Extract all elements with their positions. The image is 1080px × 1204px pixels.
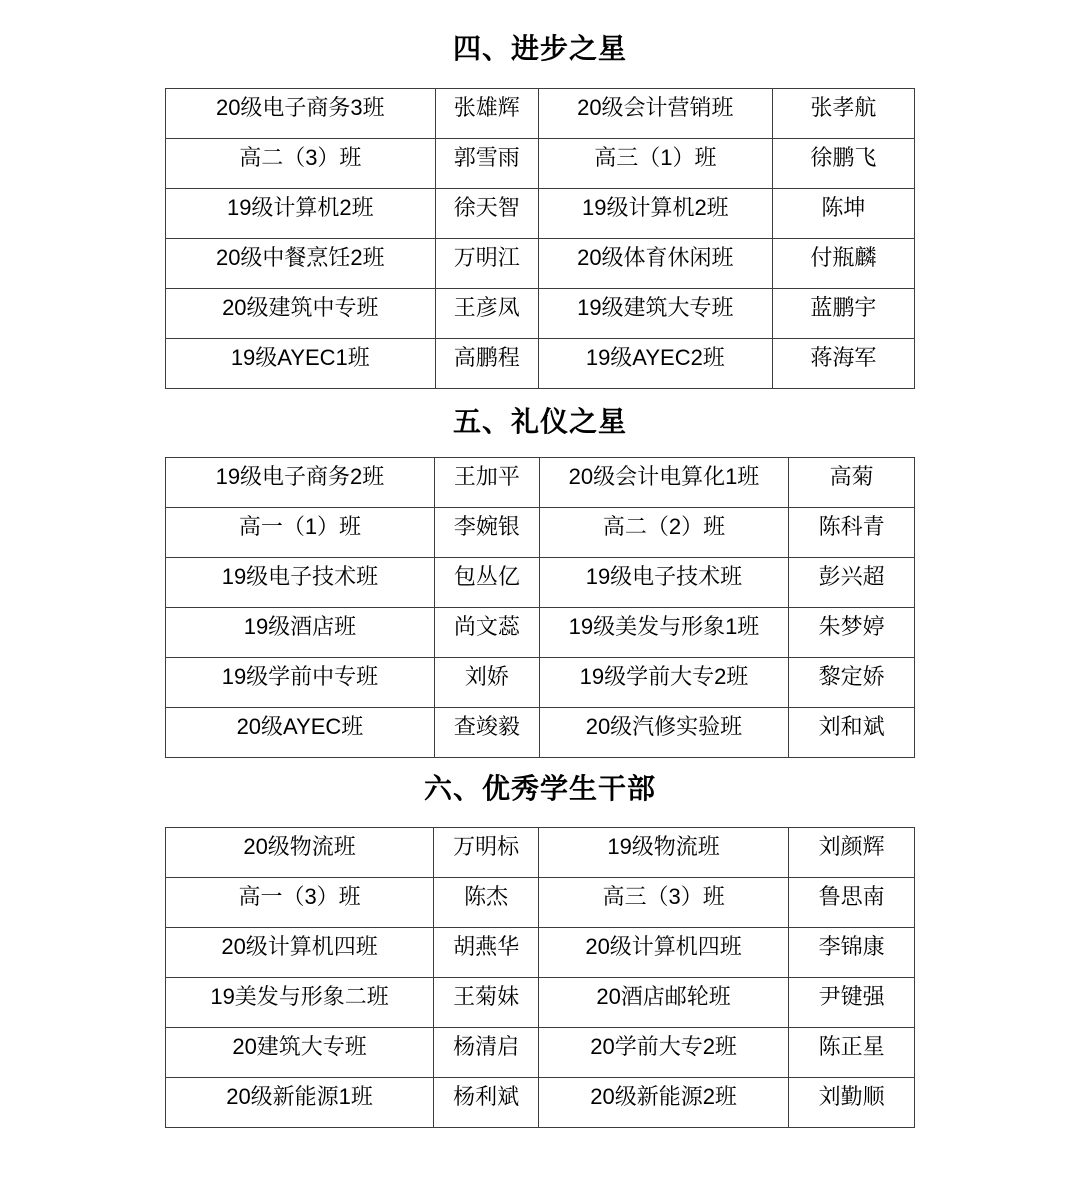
table-row: 20级AYEC班 查竣毅 20级汽修实验班 刘和斌: [166, 708, 915, 758]
student-name-cell: 蒋海军: [772, 339, 914, 389]
class-cell: 20级电子商务3班: [166, 89, 436, 139]
class-cell: 高一（3）班: [166, 878, 434, 928]
class-cell: 19级计算机2班: [166, 189, 436, 239]
class-cell: 19级电子技术班: [166, 558, 435, 608]
class-cell: 20级AYEC班: [166, 708, 435, 758]
table-row: 20级计算机四班 胡燕华 20级计算机四班 李锦康: [166, 928, 915, 978]
section-title-progress-star: 四、进步之星: [0, 30, 1080, 68]
student-name-cell: 王加平: [434, 458, 539, 508]
section-outstanding-cadres: 六、优秀学生干部 20级物流班 万明标 19级物流班 刘颜辉 高一（3）班 陈杰…: [0, 770, 1080, 1128]
class-cell: 19级计算机2班: [538, 189, 772, 239]
student-name-cell: 尚文蕊: [434, 608, 539, 658]
class-cell: 20学前大专2班: [539, 1028, 789, 1078]
student-name-cell: 徐鹏飞: [772, 139, 914, 189]
class-cell: 19级学前大专2班: [539, 658, 788, 708]
class-cell: 19级电子技术班: [539, 558, 788, 608]
table-row: 20级建筑中专班 王彦凤 19级建筑大专班 蓝鹏宇: [166, 289, 915, 339]
table-row: 20级电子商务3班 张雄辉 20级会计营销班 张孝航: [166, 89, 915, 139]
student-name-cell: 刘颜辉: [789, 828, 915, 878]
class-cell: 20级计算机四班: [539, 928, 789, 978]
class-cell: 20级中餐烹饪2班: [166, 239, 436, 289]
class-cell: 20级计算机四班: [166, 928, 434, 978]
student-name-cell: 王彦凤: [435, 289, 538, 339]
student-name-cell: 杨利斌: [434, 1078, 539, 1128]
table-row: 高一（1）班 李婉银 高二（2）班 陈科青: [166, 508, 915, 558]
table-row: 19级计算机2班 徐天智 19级计算机2班 陈坤: [166, 189, 915, 239]
student-name-cell: 徐天智: [435, 189, 538, 239]
student-name-cell: 尹键强: [789, 978, 915, 1028]
student-name-cell: 万明江: [435, 239, 538, 289]
class-cell: 19级建筑大专班: [538, 289, 772, 339]
class-cell: 20级建筑中专班: [166, 289, 436, 339]
student-name-cell: 李锦康: [789, 928, 915, 978]
class-cell: 高二（3）班: [166, 139, 436, 189]
class-cell: 高一（1）班: [166, 508, 435, 558]
class-cell: 19级学前中专班: [166, 658, 435, 708]
class-cell: 高三（3）班: [539, 878, 789, 928]
table-row: 19美发与形象二班 王菊妹 20酒店邮轮班 尹键强: [166, 978, 915, 1028]
table-row: 20级中餐烹饪2班 万明江 20级体育休闲班 付瓶麟: [166, 239, 915, 289]
student-name-cell: 付瓶麟: [772, 239, 914, 289]
class-cell: 19级AYEC1班: [166, 339, 436, 389]
table-row: 20级新能源1班 杨利斌 20级新能源2班 刘勤顺: [166, 1078, 915, 1128]
etiquette-star-table: 19级电子商务2班 王加平 20级会计电算化1班 高菊 高一（1）班 李婉银 高…: [165, 457, 915, 758]
table-row: 高二（3）班 郭雪雨 高三（1）班 徐鹏飞: [166, 139, 915, 189]
class-cell: 19级美发与形象1班: [539, 608, 788, 658]
table-row: 19级AYEC1班 高鹏程 19级AYEC2班 蒋海军: [166, 339, 915, 389]
class-cell: 20级体育休闲班: [538, 239, 772, 289]
class-cell: 20级物流班: [166, 828, 434, 878]
student-name-cell: 万明标: [434, 828, 539, 878]
student-name-cell: 刘勤顺: [789, 1078, 915, 1128]
student-name-cell: 陈杰: [434, 878, 539, 928]
student-name-cell: 高菊: [789, 458, 915, 508]
class-cell: 20酒店邮轮班: [539, 978, 789, 1028]
section-etiquette-star: 五、礼仪之星 19级电子商务2班 王加平 20级会计电算化1班 高菊 高一（1）…: [0, 403, 1080, 758]
student-name-cell: 杨清启: [434, 1028, 539, 1078]
class-cell: 高三（1）班: [538, 139, 772, 189]
student-name-cell: 刘和斌: [789, 708, 915, 758]
student-name-cell: 包丛亿: [434, 558, 539, 608]
student-name-cell: 陈科青: [789, 508, 915, 558]
student-name-cell: 刘娇: [434, 658, 539, 708]
class-cell: 19美发与形象二班: [166, 978, 434, 1028]
class-cell: 19级酒店班: [166, 608, 435, 658]
table-row: 20建筑大专班 杨清启 20学前大专2班 陈正星: [166, 1028, 915, 1078]
table-row: 高一（3）班 陈杰 高三（3）班 鲁思南: [166, 878, 915, 928]
class-cell: 20建筑大专班: [166, 1028, 434, 1078]
table-row: 19级学前中专班 刘娇 19级学前大专2班 黎定娇: [166, 658, 915, 708]
table-row: 19级电子商务2班 王加平 20级会计电算化1班 高菊: [166, 458, 915, 508]
class-cell: 20级新能源2班: [539, 1078, 789, 1128]
outstanding-cadres-table: 20级物流班 万明标 19级物流班 刘颜辉 高一（3）班 陈杰 高三（3）班 鲁…: [165, 827, 915, 1128]
student-name-cell: 朱梦婷: [789, 608, 915, 658]
document-page: 四、进步之星 20级电子商务3班 张雄辉 20级会计营销班 张孝航 高二（3）班…: [0, 0, 1080, 1204]
student-name-cell: 胡燕华: [434, 928, 539, 978]
class-cell: 19级物流班: [539, 828, 789, 878]
student-name-cell: 张孝航: [772, 89, 914, 139]
student-name-cell: 李婉银: [434, 508, 539, 558]
student-name-cell: 张雄辉: [435, 89, 538, 139]
class-cell: 20级新能源1班: [166, 1078, 434, 1128]
student-name-cell: 彭兴超: [789, 558, 915, 608]
class-cell: 20级会计电算化1班: [539, 458, 788, 508]
table-row: 20级物流班 万明标 19级物流班 刘颜辉: [166, 828, 915, 878]
student-name-cell: 陈坤: [772, 189, 914, 239]
progress-star-table: 20级电子商务3班 张雄辉 20级会计营销班 张孝航 高二（3）班 郭雪雨 高三…: [165, 88, 915, 389]
student-name-cell: 黎定娇: [789, 658, 915, 708]
section-progress-star: 四、进步之星 20级电子商务3班 张雄辉 20级会计营销班 张孝航 高二（3）班…: [0, 30, 1080, 389]
student-name-cell: 王菊妹: [434, 978, 539, 1028]
student-name-cell: 郭雪雨: [435, 139, 538, 189]
student-name-cell: 查竣毅: [434, 708, 539, 758]
section-title-outstanding-cadres: 六、优秀学生干部: [0, 770, 1080, 808]
class-cell: 19级电子商务2班: [166, 458, 435, 508]
class-cell: 高二（2）班: [539, 508, 788, 558]
table-row: 19级电子技术班 包丛亿 19级电子技术班 彭兴超: [166, 558, 915, 608]
student-name-cell: 蓝鹏宇: [772, 289, 914, 339]
class-cell: 20级会计营销班: [538, 89, 772, 139]
class-cell: 19级AYEC2班: [538, 339, 772, 389]
class-cell: 20级汽修实验班: [539, 708, 788, 758]
section-title-etiquette-star: 五、礼仪之星: [0, 403, 1080, 441]
table-row: 19级酒店班 尚文蕊 19级美发与形象1班 朱梦婷: [166, 608, 915, 658]
student-name-cell: 高鹏程: [435, 339, 538, 389]
student-name-cell: 陈正星: [789, 1028, 915, 1078]
student-name-cell: 鲁思南: [789, 878, 915, 928]
